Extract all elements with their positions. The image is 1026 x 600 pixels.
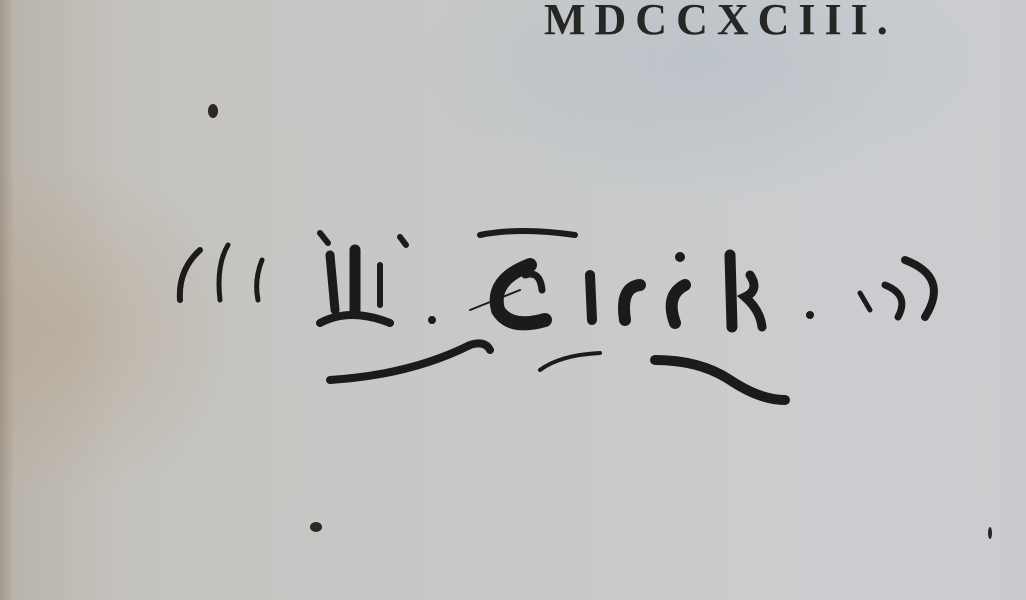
ink-speck — [988, 527, 992, 539]
ownership-stamp: ((A. W. Crock.)) — [170, 215, 970, 415]
ink-speck — [310, 522, 322, 532]
printed-page-photo: MDCCXCIII. — [0, 0, 1026, 600]
page-edge-shadow — [0, 0, 14, 600]
ink-speck — [208, 104, 218, 118]
year-imprint: MDCCXCIII. — [544, 0, 897, 45]
